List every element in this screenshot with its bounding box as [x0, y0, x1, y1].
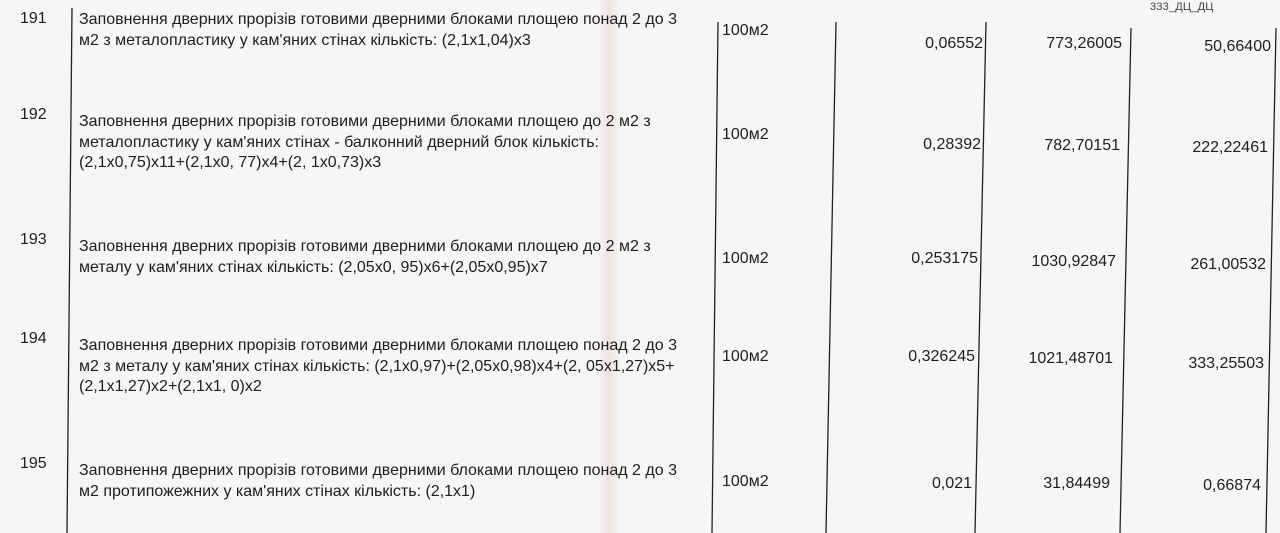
row-quantity: 0,326245 — [835, 348, 975, 366]
row-unit: 100м2 — [722, 348, 769, 366]
row-number: 191 — [20, 10, 47, 28]
row-unit-price: 773,26005 — [982, 35, 1122, 53]
row-unit: 100м2 — [722, 22, 769, 40]
row-total: 50,66400 — [1131, 38, 1271, 56]
row-number: 193 — [20, 231, 47, 249]
divider-number-description — [67, 8, 72, 533]
row-unit: 100м2 — [722, 473, 769, 491]
row-description: Заповнення дверних прорізів готовими две… — [79, 10, 699, 51]
divider-unit-quantity — [826, 22, 836, 533]
row-quantity: 0,28392 — [841, 136, 981, 154]
row-description: Заповнення дверних прорізів готовими две… — [79, 112, 699, 174]
row-quantity: 0,06552 — [843, 35, 983, 53]
row-quantity: 0,021 — [832, 475, 972, 493]
row-description: Заповнення дверних прорізів готовими две… — [79, 237, 699, 278]
row-description: Заповнення дверних прорізів готовими две… — [79, 461, 699, 502]
row-description: Заповнення дверних прорізів готовими две… — [79, 336, 699, 398]
row-number: 195 — [20, 455, 47, 473]
divider-description-unit — [712, 22, 718, 533]
row-number: 192 — [20, 106, 47, 124]
row-unit-price: 1030,92847 — [976, 253, 1116, 271]
row-unit: 100м2 — [722, 126, 769, 144]
divider-quantity-price — [975, 22, 986, 533]
row-number: 194 — [20, 330, 47, 348]
row-total: 0,66874 — [1121, 477, 1261, 495]
divider-total-right — [1266, 28, 1276, 533]
row-quantity: 0,253175 — [838, 250, 978, 268]
row-unit-price: 782,70151 — [980, 137, 1120, 155]
divider-price-total — [1120, 28, 1131, 533]
row-total: 222,22461 — [1128, 139, 1268, 157]
row-unit-price: 31,84499 — [970, 475, 1110, 493]
row-unit-price: 1021,48701 — [973, 350, 1113, 368]
row-total: 261,00532 — [1126, 256, 1266, 274]
row-total: 333,25503 — [1124, 355, 1264, 373]
row-unit: 100м2 — [722, 250, 769, 268]
